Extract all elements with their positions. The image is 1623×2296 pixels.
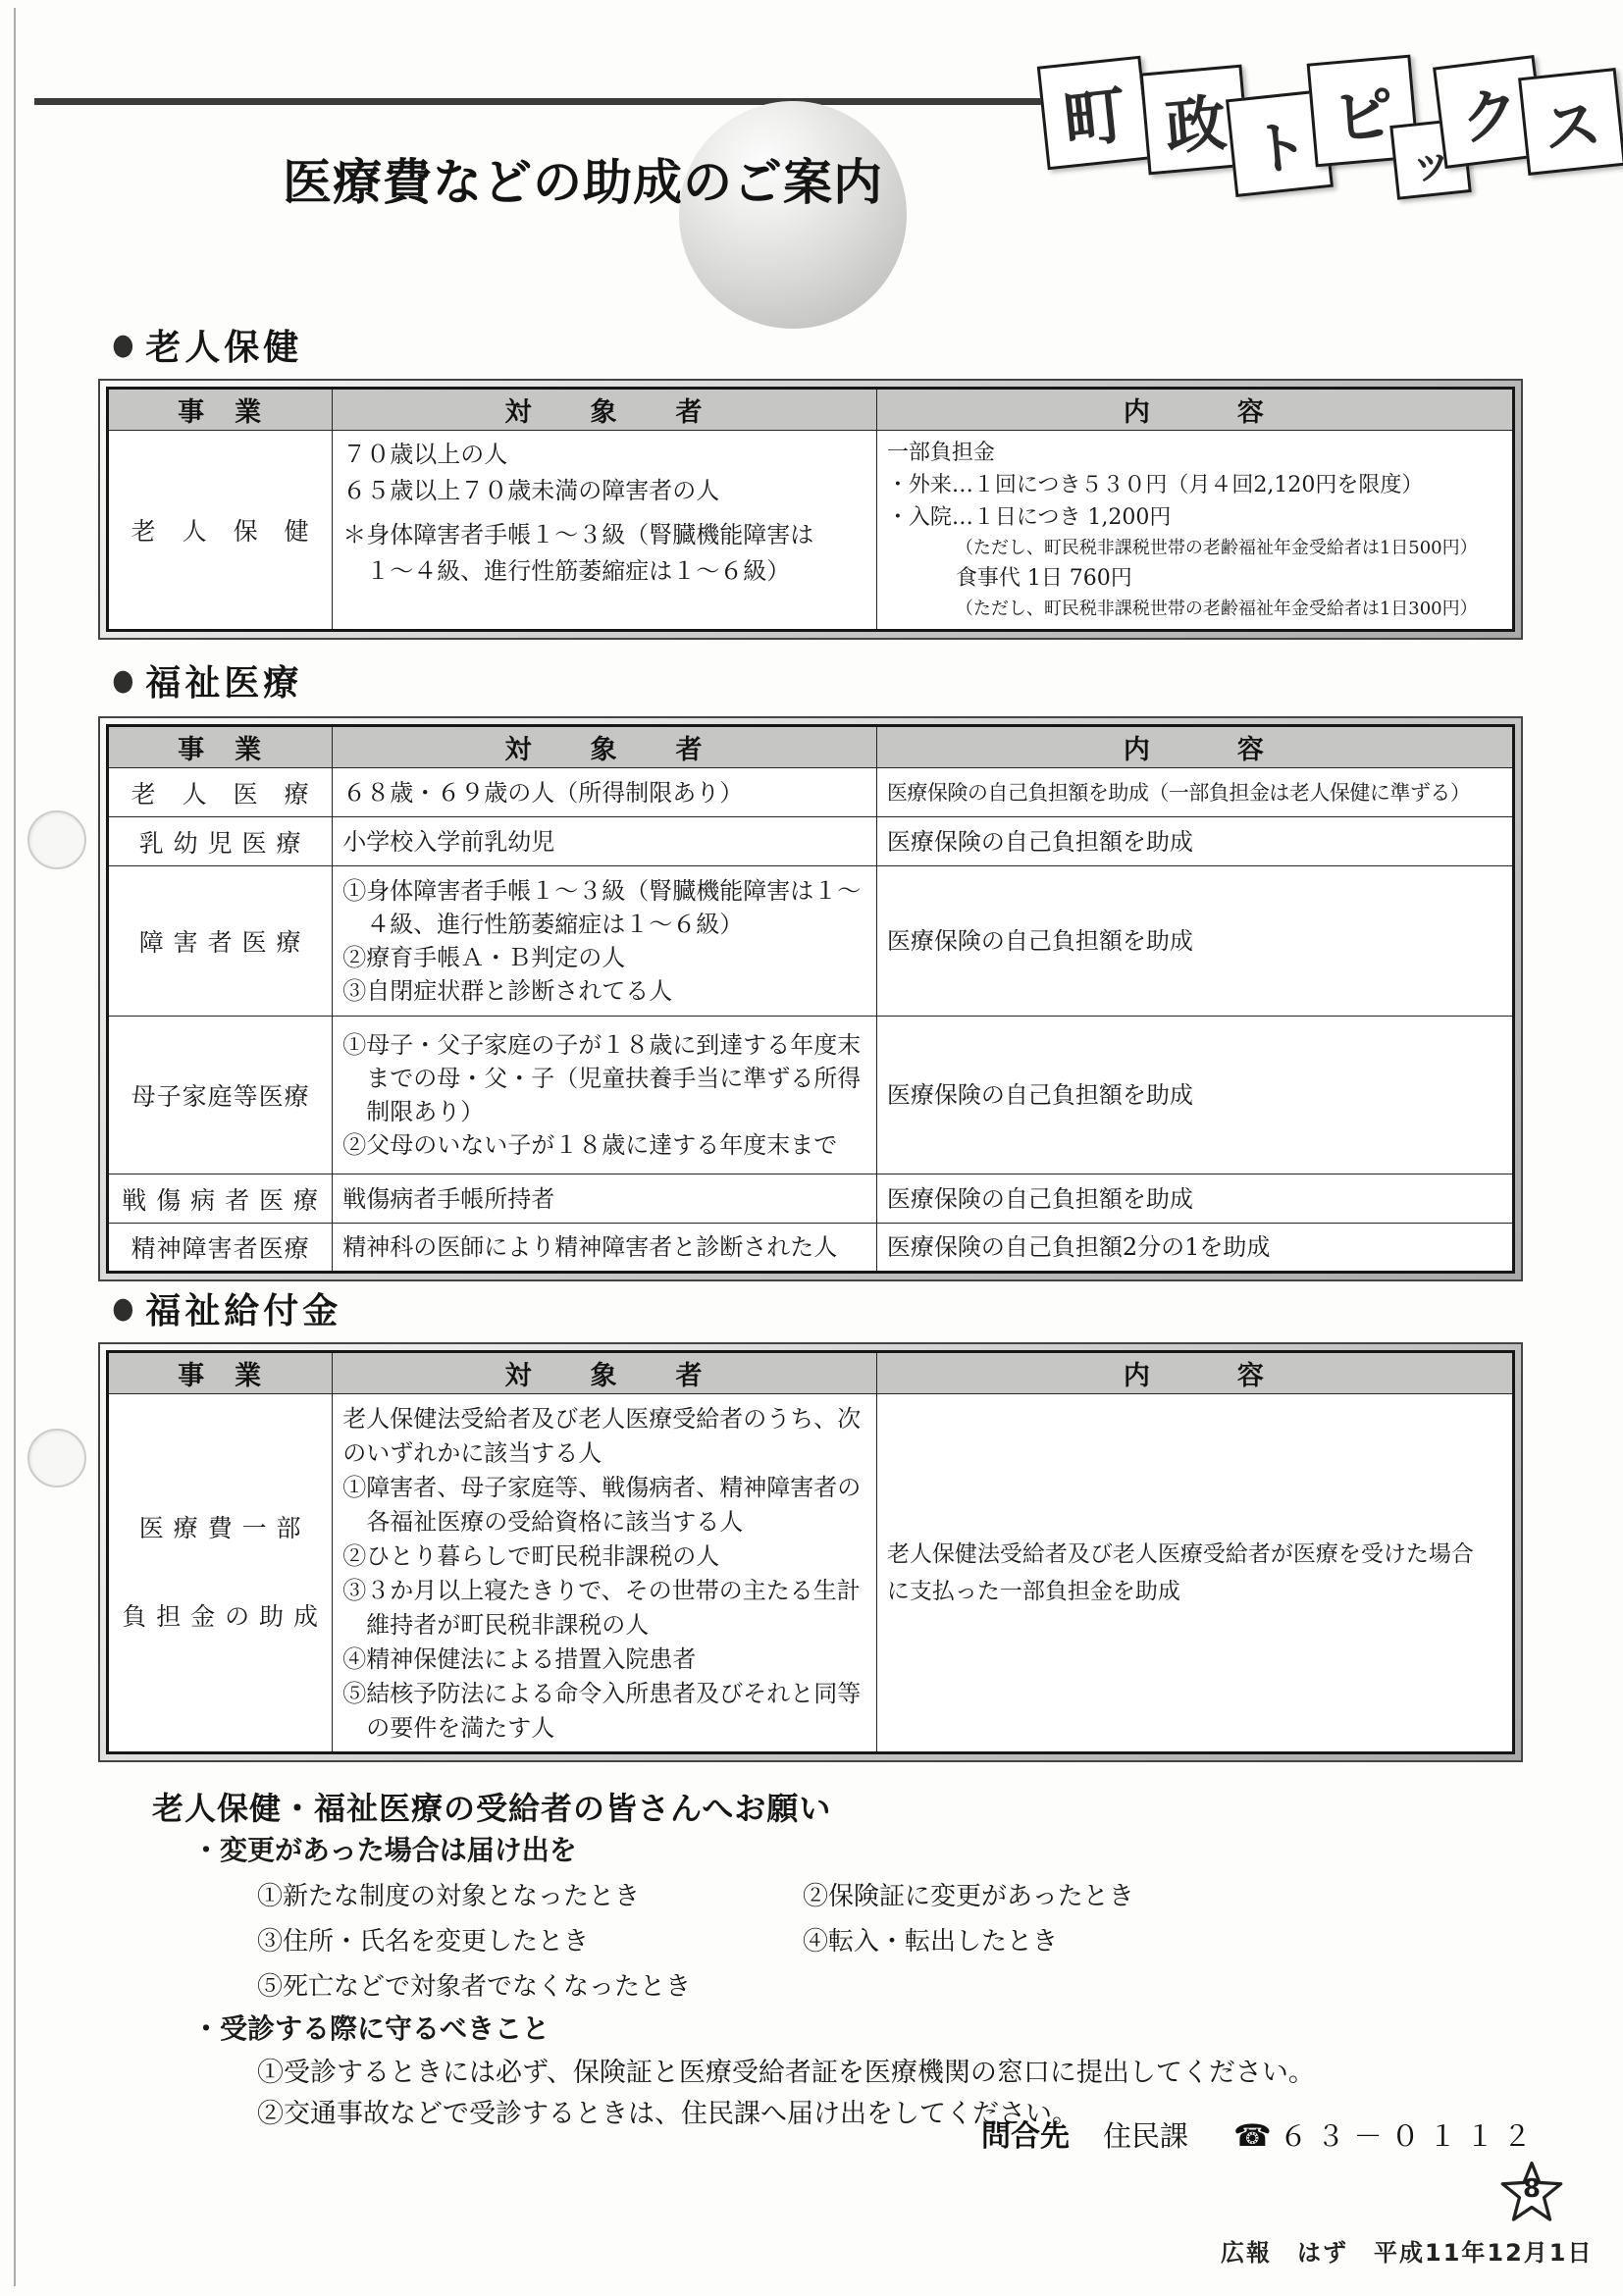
target-cell: ①身体障害者手帳１～３級（腎臓機能障害は１～ ４級、進行性筋萎縮症は１～６級） …: [333, 866, 877, 1017]
content-line: ・入院…１日につき 1,200円: [887, 501, 1502, 534]
table-header-row: 事 業 対 象 者 内 容: [108, 726, 1514, 768]
target-line: 制限あり）: [342, 1095, 866, 1128]
notice-item: ②保険証に変更があったとき: [803, 1876, 1134, 1912]
content-cell: 老人保健法受給者及び老人医療受給者が医療を受けた場合 に支払った一部負担金を助成: [876, 1394, 1513, 1753]
content-line: 医療保険の自己負担額を助成: [887, 1182, 1502, 1216]
logo-char: ク: [1455, 67, 1524, 158]
target-cell: 精神科の医師により精神障害者と診断された人: [333, 1224, 877, 1273]
content-line: ・外来…１回につき５３０円（月４回2,120円を限度）: [887, 469, 1502, 501]
target-line: までの母・父・子（児童扶養手当に準ずる所得: [342, 1062, 866, 1095]
phone-icon: ☎: [1233, 2118, 1272, 2154]
notice-item: ④転入・転出したとき: [803, 1921, 1058, 1957]
column-header-content: 内 容: [876, 1352, 1513, 1394]
logo-char: ス: [1540, 78, 1604, 166]
logo-card-machi: 町: [1037, 56, 1151, 170]
table-header-row: 事 業 対 象 者 内 容: [108, 389, 1514, 431]
content-cell: 医療保険の自己負担額を助成: [876, 866, 1513, 1017]
column-header-content: 内 容: [876, 389, 1513, 431]
table-fukushi-iryo: 事 業 対 象 者 内 容 老 人 医 療 ６８歳・６９歳の人（所得制限あり） …: [98, 716, 1523, 1281]
content-cell: 医療保険の自己負担額を助成: [876, 1017, 1513, 1174]
program-cell: 戦 傷 病 者 医 療: [108, 1174, 333, 1224]
target-cell: 戦傷病者手帳所持者: [333, 1174, 877, 1224]
target-line: 精神科の医師により精神障害者と診断された人: [342, 1230, 866, 1264]
table-row: 老 人 保 健 ７０歳以上の人 ６５歳以上７０歳未満の障害者の人 ＊身体障害者手…: [108, 431, 1514, 631]
footer-publication: 広報 はず 平成11年12月1日: [1221, 2233, 1594, 2268]
section-heading-fukushi-iryo: ● 福祉医療: [110, 655, 302, 705]
target-line: ②療育手帳Ａ・Ｂ判定の人: [342, 941, 866, 974]
target-line: のいずれかに該当する人: [342, 1436, 866, 1471]
table-row: 医 療 費 一 部 負 担 金 の 助 成 老人保健法受給者及び老人医療受給者の…: [108, 1394, 1514, 1753]
content-line: 医療保険の自己負担額を助成: [887, 825, 1502, 859]
section-heading-label: 福祉医療: [145, 655, 302, 705]
notice-heading: 老人保健・福祉医療の受給者の皆さんへお願い: [152, 1784, 831, 1829]
program-line: 医 療 費 一 部: [110, 1512, 331, 1545]
notice-group2-title: ・受診する際に守るべきこと: [192, 2008, 550, 2047]
content-line: （ただし、町民税非課税世帯の老齢福祉年金受給者は1日300円）: [887, 595, 1502, 623]
target-line: ④精神保健法による措置入院患者: [342, 1643, 866, 1677]
content-cell: 医療保険の自己負担額2分の1を助成: [876, 1224, 1513, 1273]
table-row: 乳 幼 児 医 療 小学校入学前乳幼児 医療保険の自己負担額を助成: [108, 817, 1514, 866]
section-heading-label: 福祉給付金: [145, 1283, 341, 1333]
column-header-target: 対 象 者: [333, 389, 877, 431]
page-number: 8: [1499, 2174, 1564, 2204]
target-line: ＊身体障害者手帳１～３級（腎臓機能障害は: [342, 517, 866, 553]
bullet-icon: ●: [112, 328, 137, 362]
target-line: １～４級、進行性筋萎縮症は１～６級）: [342, 553, 866, 590]
content-cell: 一部負担金 ・外来…１回につき５３０円（月４回2,120円を限度） ・入院…１日…: [876, 431, 1513, 631]
content-line: 医療保険の自己負担額を助成: [887, 924, 1502, 958]
target-line: ①身体障害者手帳１～３級（腎臓機能障害は１～: [342, 874, 866, 908]
logo-card-su: ス: [1518, 68, 1623, 176]
target-cell: ７０歳以上の人 ６５歳以上７０歳未満の障害者の人 ＊身体障害者手帳１～３級（腎臓…: [333, 431, 877, 631]
table-row: 精神障害者医療 精神科の医師により精神障害者と診断された人 医療保険の自己負担額…: [108, 1224, 1514, 1273]
program-line: 負 担 金 の 助 成: [110, 1600, 331, 1634]
column-header-target: 対 象 者: [333, 726, 877, 768]
content-cell: 医療保険の自己負担額を助成: [876, 817, 1513, 866]
table-fukushi-kyufukin: 事 業 対 象 者 内 容 医 療 費 一 部 負 担 金 の 助 成 老人保健…: [98, 1342, 1523, 1762]
page-title: 医療費などの助成のご案内: [283, 143, 883, 214]
column-header-program: 事 業: [108, 1352, 333, 1394]
hole-punch-bottom: [27, 1429, 86, 1487]
newsletter-page: 町 政 ト ピ ッ ク ス 医療費などの助成のご案内 ● 老人保健 事 業 対 …: [0, 0, 1623, 2296]
notice-item: ①新たな制度の対象となったとき: [257, 1876, 640, 1912]
target-line: 維持者が町民税非課税の人: [342, 1608, 866, 1643]
table-header-row: 事 業 対 象 者 内 容: [108, 1352, 1514, 1394]
table-rojin-hoken: 事 業 対 象 者 内 容 老 人 保 健 ７０歳以上の人 ６５歳以上７０歳未満…: [98, 379, 1523, 640]
target-cell: ①母子・父子家庭の子が１８歳に到達する年度末 までの母・父・子（児童扶養手当に準…: [333, 1017, 877, 1174]
title-sphere-graphic: [679, 101, 907, 329]
notice-item: ⑤死亡などで対象者でなくなったとき: [257, 1966, 691, 2003]
column-header-content: 内 容: [876, 726, 1513, 768]
content-line: 医療保険の自己負担額2分の1を助成: [887, 1230, 1502, 1264]
target-cell: 小学校入学前乳幼児: [333, 817, 877, 866]
target-line: ①母子・父子家庭の子が１８歳に到達する年度末: [342, 1028, 866, 1062]
target-line: 小学校入学前乳幼児: [342, 825, 866, 859]
notice-group1-title: ・変更があった場合は届け出を: [192, 1829, 577, 1868]
hole-punch-top: [27, 810, 86, 869]
table-row: 母子家庭等医療 ①母子・父子家庭の子が１８歳に到達する年度末 までの母・父・子（…: [108, 1017, 1514, 1174]
program-cell: 老 人 保 健: [108, 431, 333, 631]
section-heading-rojin-hoken: ● 老人保健: [110, 320, 302, 370]
target-line: ６５歳以上７０歳未満の障害者の人: [342, 473, 866, 509]
column-header-program: 事 業: [108, 389, 333, 431]
bullet-icon: ●: [112, 663, 137, 698]
target-line: ７０歳以上の人: [342, 437, 866, 473]
target-line: 老人保健法受給者及び老人医療受給者のうち、次: [342, 1402, 866, 1436]
contact-phone-number: ６３－０１１２: [1280, 2114, 1541, 2155]
target-cell: ６８歳・６９歳の人（所得制限あり）: [333, 768, 877, 817]
content-cell: 医療保険の自己負担額を助成: [876, 1174, 1513, 1224]
content-line: 医療保険の自己負担額を助成（一部負担金は老人保健に準ずる）: [887, 776, 1502, 809]
program-cell: 老 人 医 療: [108, 768, 333, 817]
target-line: ①障害者、母子家庭等、戦傷病者、精神障害者の: [342, 1471, 866, 1505]
notice-item: ③住所・氏名を変更したとき: [257, 1921, 589, 1957]
logo-char: ト: [1247, 99, 1312, 187]
target-line: ②ひとり暮らしで町民税非課税の人: [342, 1539, 866, 1574]
content-line: 医療保険の自己負担額を助成: [887, 1078, 1502, 1112]
table-row: 障 害 者 医 療 ①身体障害者手帳１～３級（腎臓機能障害は１～ ４級、進行性筋…: [108, 866, 1514, 1017]
bullet-icon: ●: [112, 1291, 137, 1326]
notice-item: ②交通事故などで受診するときは、住民課へ届け出をしてください。: [257, 2092, 1078, 2130]
target-line: 戦傷病者手帳所持者: [342, 1182, 866, 1216]
contact-department: 住民課: [1103, 2114, 1188, 2155]
table-row: 戦 傷 病 者 医 療 戦傷病者手帳所持者 医療保険の自己負担額を助成: [108, 1174, 1514, 1224]
target-line: ６８歳・６９歳の人（所得制限あり）: [342, 776, 866, 809]
program-cell: 母子家庭等医療: [108, 1017, 333, 1174]
contact-label: 問合先: [981, 2112, 1070, 2155]
page-number-star: 8: [1499, 2161, 1564, 2225]
target-line: の要件を満たす人: [342, 1711, 866, 1746]
content-line: 老人保健法受給者及び老人医療受給者が医療を受けた場合: [887, 1536, 1502, 1573]
table-row: 老 人 医 療 ６８歳・６９歳の人（所得制限あり） 医療保険の自己負担額を助成（…: [108, 768, 1514, 817]
program-cell: 乳 幼 児 医 療: [108, 817, 333, 866]
target-cell: 老人保健法受給者及び老人医療受給者のうち、次 のいずれかに該当する人 ①障害者、…: [333, 1394, 877, 1753]
contact-line: 問合先 住民課 ☎ ６３－０１１２: [981, 2112, 1541, 2155]
content-line: 一部負担金: [887, 437, 1502, 469]
content-line: （ただし、町民税非課税世帯の老齢福祉年金受給者は1日500円）: [887, 534, 1502, 562]
program-cell: 精神障害者医療: [108, 1224, 333, 1273]
target-line: ４級、進行性筋萎縮症は１～６級）: [342, 908, 866, 941]
section-heading-label: 老人保健: [145, 320, 302, 370]
content-line: に支払った一部負担金を助成: [887, 1573, 1502, 1610]
logo-char: 町: [1058, 65, 1129, 161]
section-heading-fukushi-kyufukin: ● 福祉給付金: [110, 1283, 341, 1333]
masthead-rule: [34, 98, 1074, 105]
scan-edge-line: [14, 8, 16, 2286]
target-line: 各福祉医療の受給資格に該当する人: [342, 1505, 866, 1539]
column-header-program: 事 業: [108, 726, 333, 768]
logo-char: 政: [1161, 74, 1230, 166]
target-line: ③自閉症状群と診断されてる人: [342, 974, 866, 1008]
notice-item: ①受診するときには必ず、保険証と医療受給者証を医療機関の窓口に提出してください。: [257, 2051, 1315, 2089]
target-line: ⑤結核予防法による命令入所患者及びそれと同等: [342, 1677, 866, 1711]
content-line: 食事代 1日 760円: [887, 562, 1502, 595]
content-cell: 医療保険の自己負担額を助成（一部負担金は老人保健に準ずる）: [876, 768, 1513, 817]
program-cell: 医 療 費 一 部 負 担 金 の 助 成: [108, 1394, 333, 1753]
column-header-target: 対 象 者: [333, 1352, 877, 1394]
target-line: ②父母のいない子が１８歳に達する年度末まで: [342, 1128, 866, 1162]
program-cell: 障 害 者 医 療: [108, 866, 333, 1017]
logo-char: ピ: [1329, 65, 1397, 157]
target-line: ③３か月以上寝たきりで、その世帯の主たる生計: [342, 1574, 866, 1608]
